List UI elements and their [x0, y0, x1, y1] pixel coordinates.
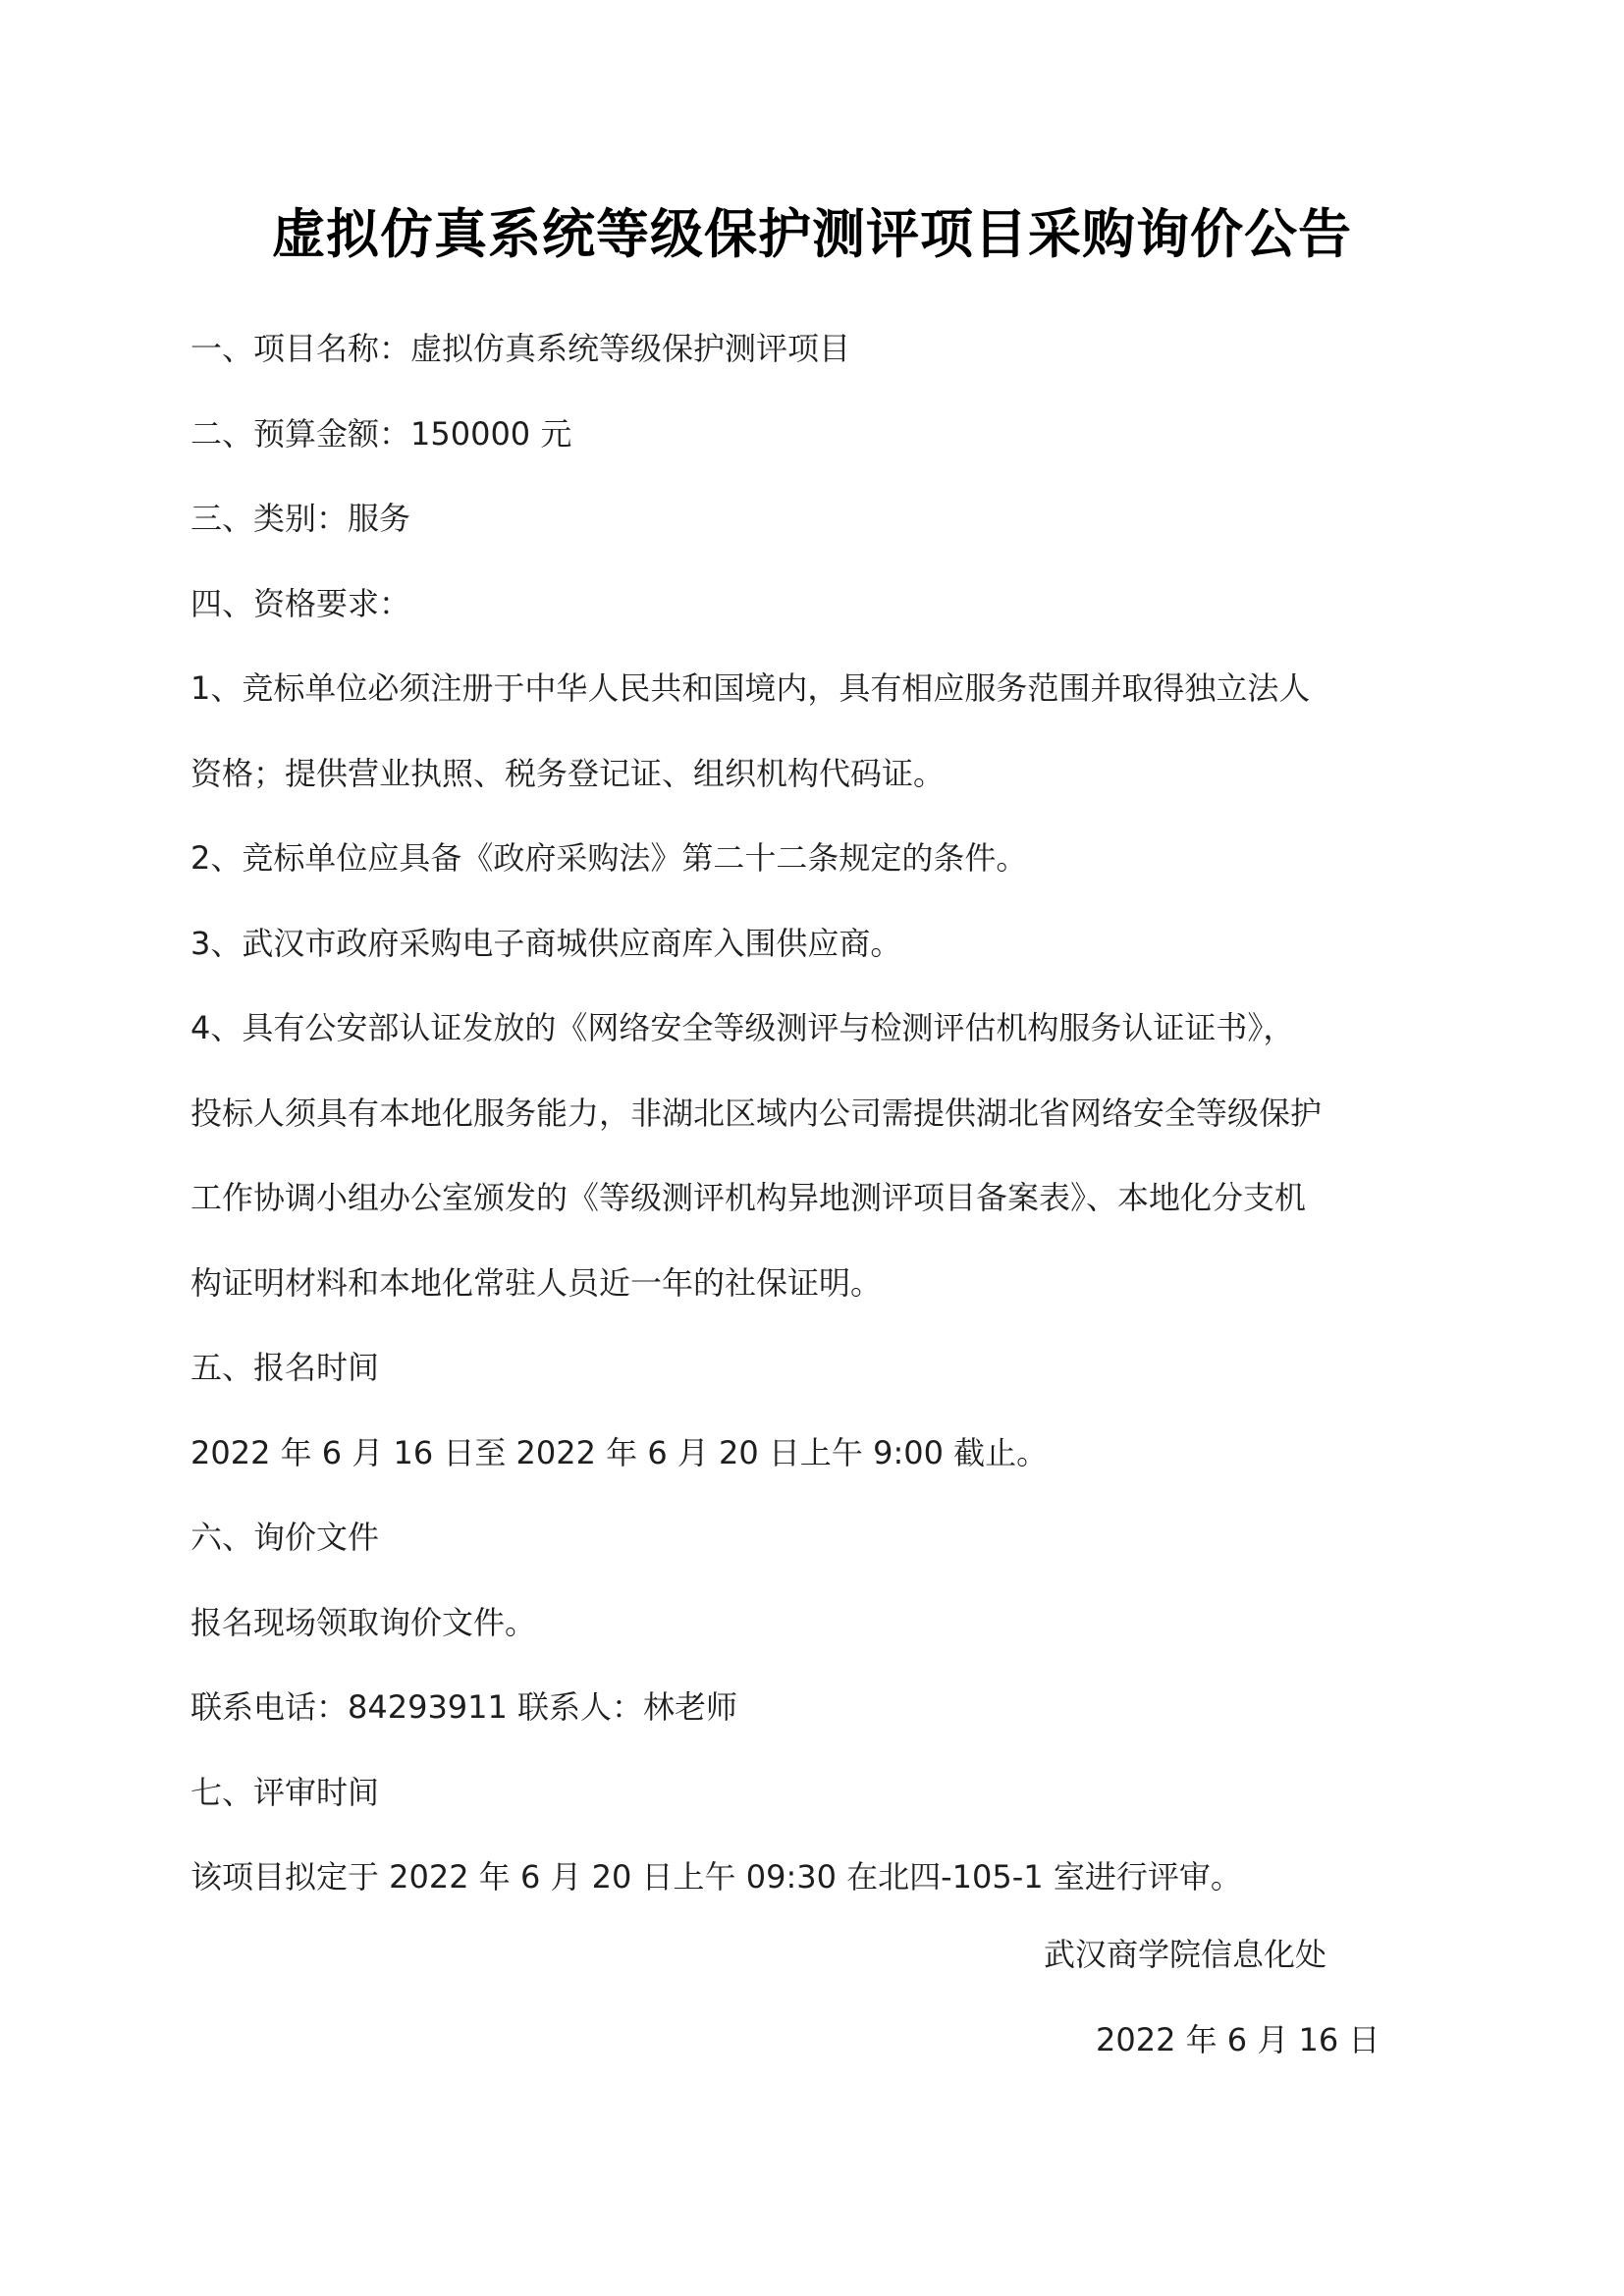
document-title: 虚拟仿真系统等级保护测评项目采购询价公告	[0, 192, 1624, 268]
project-name-line: 一、项目名称：虚拟仿真系统等级保护测评项目	[190, 306, 1467, 392]
inquiry-document-heading: 六、询价文件	[190, 1495, 1467, 1580]
qualification-heading: 四、资格要求：	[190, 561, 1467, 647]
requirement-1-line-1: 1、竞标单位必须注册于中华人民共和国境内，具有相应服务范围并取得独立法人	[190, 646, 1467, 731]
requirement-1-line-2: 资格；提供营业执照、税务登记证、组织机构代码证。	[190, 731, 1467, 817]
requirement-4-line-1: 4、具有公安部认证发放的《网络安全等级测评与检测评估机构服务认证证书》，	[190, 986, 1467, 1071]
requirement-4-line-4: 构证明材料和本地化常驻人员近一年的社保证明。	[190, 1241, 1467, 1326]
signature-date: 2022 年 6 月 16 日	[1096, 2015, 1380, 2060]
requirement-3: 3、武汉市政府采购电子商城供应商库入围供应商。	[190, 901, 1467, 987]
signature-organization: 武汉商学院信息化处	[1044, 1930, 1326, 1975]
review-time-heading: 七、评审时间	[190, 1750, 1467, 1836]
registration-time-value: 2022 年 6 月 16 日至 2022 年 6 月 20 日上午 9:00 …	[190, 1411, 1467, 1496]
contact-line: 联系电话：84293911 联系人：林老师	[190, 1665, 1467, 1750]
inquiry-document-value: 报名现场领取询价文件。	[190, 1580, 1467, 1666]
review-time-value: 该项目拟定于 2022 年 6 月 20 日上午 09:30 在北四-105-1…	[190, 1835, 1467, 1920]
requirement-4-line-3: 工作协调小组办公室颁发的《等级测评机构异地测评项目备案表》、本地化分支机	[190, 1155, 1467, 1241]
registration-time-heading: 五、报名时间	[190, 1325, 1467, 1411]
document-body: 一、项目名称：虚拟仿真系统等级保护测评项目 二、预算金额：150000 元 三、…	[190, 306, 1467, 1920]
category-line: 三、类别：服务	[190, 476, 1467, 561]
requirement-4-line-2: 投标人须具有本地化服务能力，非湖北区域内公司需提供湖北省网络安全等级保护	[190, 1071, 1467, 1156]
requirement-2: 2、竞标单位应具备《政府采购法》第二十二条规定的条件。	[190, 816, 1467, 901]
budget-line: 二、预算金额：150000 元	[190, 392, 1467, 477]
